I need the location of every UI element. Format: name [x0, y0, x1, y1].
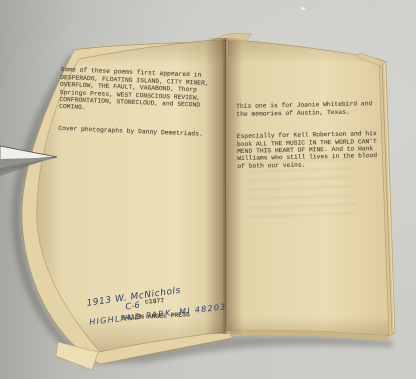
acknowledgments-text: Some of these poems first appeared in DE…: [59, 66, 219, 117]
dedication-block: This one is for Joanie Whitebird and the…: [236, 93, 392, 178]
acknowledgments-block: Some of these poems first appeared in DE…: [58, 59, 219, 146]
cover-photo-credit: Cover photographs by Danny Demetriads.: [58, 125, 216, 139]
dedication-paragraph-1: This one is for Joanie Whitebird and the…: [236, 100, 390, 118]
dust-speck: [301, 7, 305, 10]
dedication-paragraph-2: Especially for Kell Robertson and his bo…: [237, 130, 392, 170]
book-photo: Some of these poems first appeared in DE…: [0, 0, 416, 379]
